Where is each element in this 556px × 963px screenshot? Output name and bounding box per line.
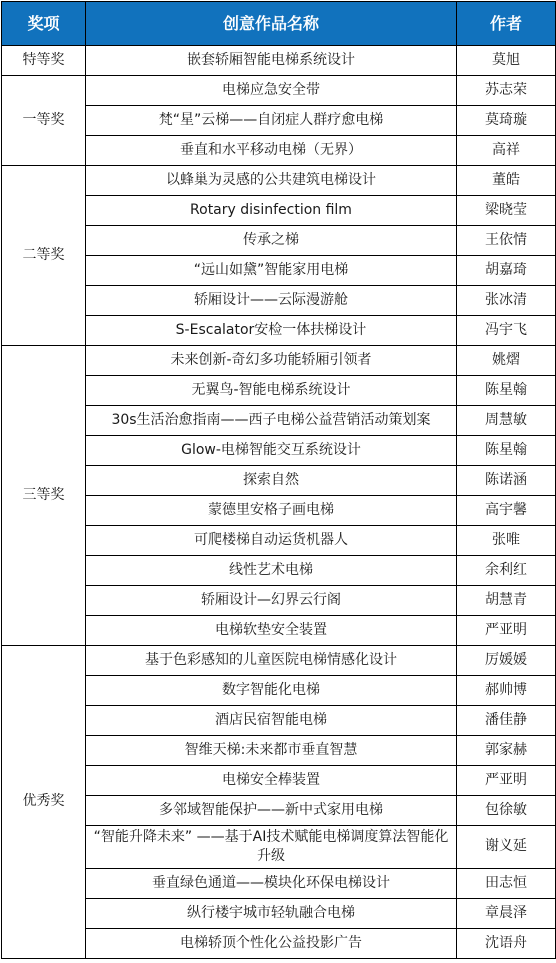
table-row: 特等奖嵌套轿厢智能电梯系统设计莫旭 [2,46,556,76]
work-title-cell: Glow-电梯智能交互系统设计 [86,436,457,466]
table-row: Rotary disinfection film梁晓莹 [2,196,556,226]
work-title-cell: 传承之梯 [86,226,457,256]
author-cell: 厉媛媛 [457,646,556,676]
work-title-cell: 嵌套轿厢智能电梯系统设计 [86,46,457,76]
author-cell: 郭家赫 [457,736,556,766]
table-row: 可爬楼梯自动运货机器人张唯 [2,526,556,556]
author-cell: 高宇馨 [457,496,556,526]
work-title-cell: 轿厢设计——云际漫游舱 [86,286,457,316]
author-cell: 田志恒 [457,868,556,898]
award-category-cell: 特等奖 [2,46,86,76]
author-cell: 姚熠 [457,346,556,376]
work-title-cell: “智能升降未来” ——基于AI技术赋能电梯调度算法智能化升级 [86,826,457,869]
author-cell: 沈语舟 [457,928,556,958]
table-row: 30s生活治愈指南——西子电梯公益营销活动策划案周慧敏 [2,406,556,436]
work-title-cell: 垂直绿色通道——模块化环保电梯设计 [86,868,457,898]
author-cell: 张冰清 [457,286,556,316]
table-row: 无翼鸟-智能电梯系统设计陈星翰 [2,376,556,406]
author-cell: 冯宇飞 [457,316,556,346]
awards-table: 奖项 创意作品名称 作者 特等奖嵌套轿厢智能电梯系统设计莫旭一等奖电梯应急安全带… [1,1,556,959]
table-row: 纵行楼宇城市轻轨融合电梯章晨泽 [2,898,556,928]
table-row: S-Escalator安检一体扶梯设计冯宇飞 [2,316,556,346]
table-row: 轿厢设计——云际漫游舱张冰清 [2,286,556,316]
table-row: 酒店民宿智能电梯潘佳静 [2,706,556,736]
table-row: 多邻域智能保护——新中式家用电梯包徐敏 [2,796,556,826]
work-title-cell: 电梯应急安全带 [86,76,457,106]
table-row: “远山如黛”智能家用电梯胡嘉琦 [2,256,556,286]
table-row: 三等奖未来创新-奇幻多功能轿厢引领者姚熠 [2,346,556,376]
table-row: 轿厢设计—幻界云行阁胡慧青 [2,586,556,616]
work-title-cell: 可爬楼梯自动运货机器人 [86,526,457,556]
author-cell: 苏志荣 [457,76,556,106]
author-cell: 严亚明 [457,766,556,796]
author-cell: 胡嘉琦 [457,256,556,286]
author-cell: 胡慧青 [457,586,556,616]
work-title-cell: 垂直和水平移动电梯（无界） [86,136,457,166]
author-cell: 章晨泽 [457,898,556,928]
work-title-cell: “远山如黛”智能家用电梯 [86,256,457,286]
author-cell: 余利红 [457,556,556,586]
work-title-cell: 酒店民宿智能电梯 [86,706,457,736]
work-title-cell: 基于色彩感知的儿童医院电梯情感化设计 [86,646,457,676]
work-title-cell: 线性艺术电梯 [86,556,457,586]
author-cell: 高祥 [457,136,556,166]
table-row: 垂直绿色通道——模块化环保电梯设计田志恒 [2,868,556,898]
author-cell: 郝帅博 [457,676,556,706]
award-category-cell: 优秀奖 [2,646,86,959]
work-title-cell: 30s生活治愈指南——西子电梯公益营销活动策划案 [86,406,457,436]
work-title-cell: 电梯软垫安全装置 [86,616,457,646]
table-row: 电梯轿顶个性化公益投影广告沈语舟 [2,928,556,958]
author-cell: 周慧敏 [457,406,556,436]
author-cell: 王依情 [457,226,556,256]
author-cell: 陈星翰 [457,376,556,406]
header-award: 奖项 [2,2,86,46]
author-cell: 张唯 [457,526,556,556]
work-title-cell: 梵“星”云梯——自闭症人群疗愈电梯 [86,106,457,136]
awards-table-body: 特等奖嵌套轿厢智能电梯系统设计莫旭一等奖电梯应急安全带苏志荣梵“星”云梯——自闭… [2,46,556,959]
table-row: 电梯软垫安全装置严亚明 [2,616,556,646]
work-title-cell: 未来创新-奇幻多功能轿厢引领者 [86,346,457,376]
work-title-cell: 无翼鸟-智能电梯系统设计 [86,376,457,406]
table-row: 垂直和水平移动电梯（无界）高祥 [2,136,556,166]
work-title-cell: 电梯安全棒装置 [86,766,457,796]
author-cell: 陈星翰 [457,436,556,466]
work-title-cell: 智维天梯:未来都市垂直智慧 [86,736,457,766]
work-title-cell: S-Escalator安检一体扶梯设计 [86,316,457,346]
header-author: 作者 [457,2,556,46]
award-category-cell: 一等奖 [2,76,86,166]
table-row: 梵“星”云梯——自闭症人群疗愈电梯莫琦璇 [2,106,556,136]
table-row: 数字智能化电梯郝帅博 [2,676,556,706]
work-title-cell: 蒙德里安格子画电梯 [86,496,457,526]
work-title-cell: 数字智能化电梯 [86,676,457,706]
author-cell: 包徐敏 [457,796,556,826]
work-title-cell: 纵行楼宇城市轻轨融合电梯 [86,898,457,928]
table-row: “智能升降未来” ——基于AI技术赋能电梯调度算法智能化升级谢义延 [2,826,556,869]
table-row: 线性艺术电梯余利红 [2,556,556,586]
author-cell: 莫旭 [457,46,556,76]
author-cell: 梁晓莹 [457,196,556,226]
table-row: 二等奖以蜂巢为灵感的公共建筑电梯设计董皓 [2,166,556,196]
author-cell: 谢义延 [457,826,556,869]
table-row: 优秀奖基于色彩感知的儿童医院电梯情感化设计厉媛媛 [2,646,556,676]
table-row: 蒙德里安格子画电梯高宇馨 [2,496,556,526]
work-title-cell: 探索自然 [86,466,457,496]
work-title-cell: Rotary disinfection film [86,196,457,226]
table-row: 传承之梯王依情 [2,226,556,256]
author-cell: 严亚明 [457,616,556,646]
author-cell: 潘佳静 [457,706,556,736]
table-row: Glow-电梯智能交互系统设计陈星翰 [2,436,556,466]
author-cell: 莫琦璇 [457,106,556,136]
table-row: 探索自然陈诺涵 [2,466,556,496]
table-row: 智维天梯:未来都市垂直智慧郭家赫 [2,736,556,766]
work-title-cell: 多邻域智能保护——新中式家用电梯 [86,796,457,826]
table-row: 电梯安全棒装置严亚明 [2,766,556,796]
work-title-cell: 电梯轿顶个性化公益投影广告 [86,928,457,958]
work-title-cell: 以蜂巢为灵感的公共建筑电梯设计 [86,166,457,196]
author-cell: 董皓 [457,166,556,196]
header-row: 奖项 创意作品名称 作者 [2,2,556,46]
award-category-cell: 三等奖 [2,346,86,646]
table-row: 一等奖电梯应急安全带苏志荣 [2,76,556,106]
author-cell: 陈诺涵 [457,466,556,496]
awards-table-header: 奖项 创意作品名称 作者 [2,2,556,46]
work-title-cell: 轿厢设计—幻界云行阁 [86,586,457,616]
header-work-name: 创意作品名称 [86,2,457,46]
awards-page: 奖项 创意作品名称 作者 特等奖嵌套轿厢智能电梯系统设计莫旭一等奖电梯应急安全带… [0,0,556,963]
award-category-cell: 二等奖 [2,166,86,346]
